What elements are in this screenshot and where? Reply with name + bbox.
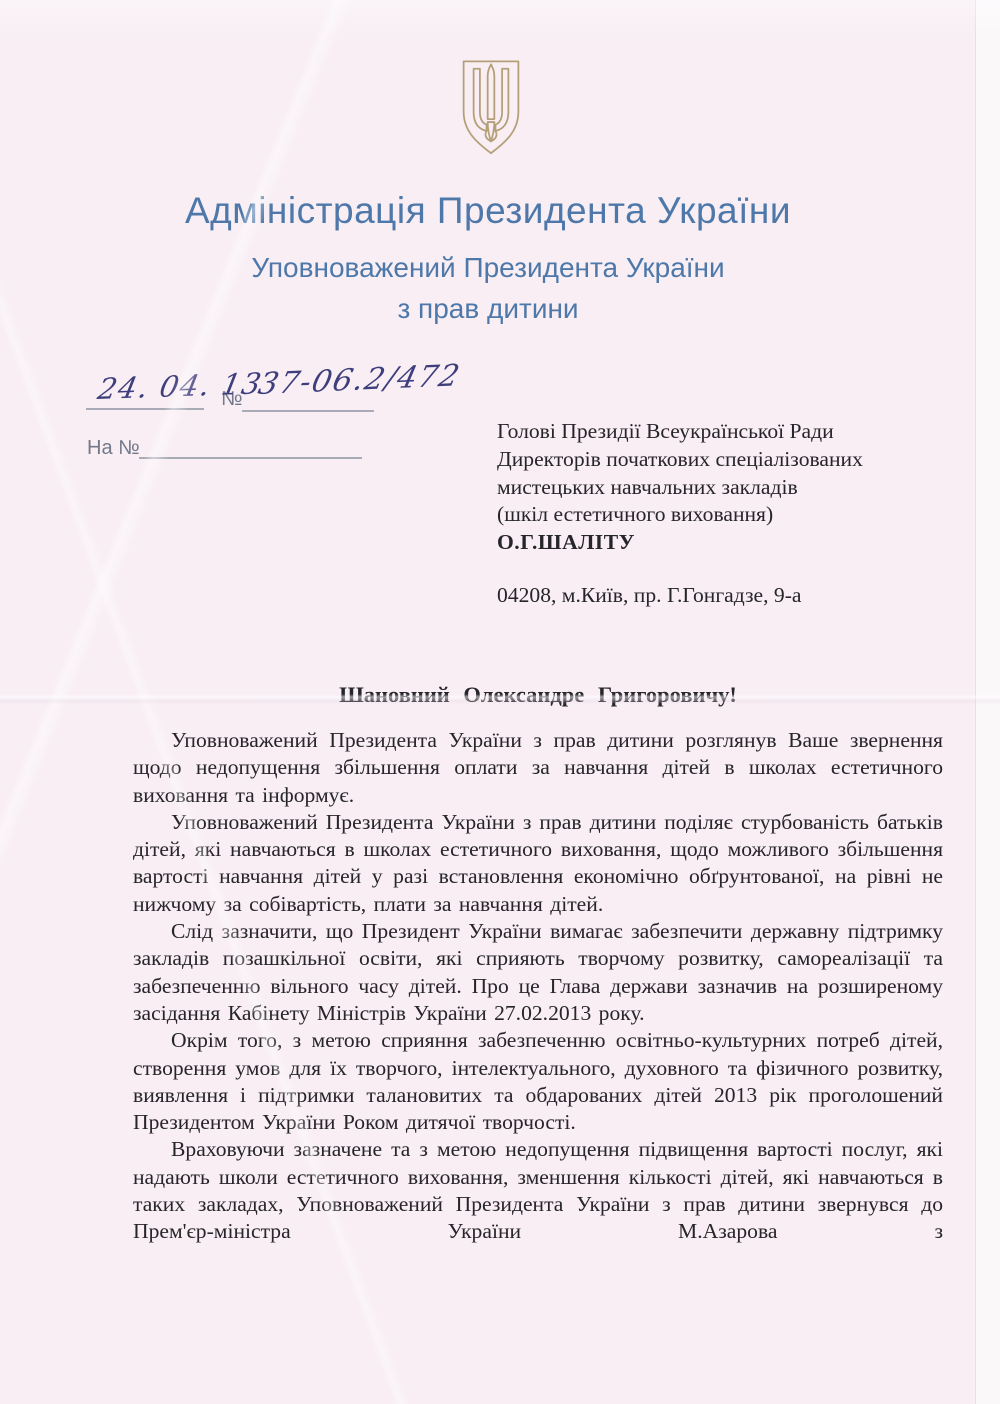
recipient-line: (шкіл естетичного виховання) (497, 501, 962, 529)
handwritten-date: 24. 04. 13 (95, 372, 258, 406)
reply-to-label: На № (87, 437, 140, 460)
recipient-line: Голові Президії Всеукраїнської Ради (497, 418, 962, 446)
org-subtitle-line1: Уповноважений Президента України (0, 252, 976, 284)
recipient-line: мистецьких навчальних закладів (497, 474, 962, 502)
salutation: Шановний Олександре Григоровичу! (133, 682, 943, 708)
letter-body: Уповноважений Президента України з прав … (133, 727, 943, 1246)
paragraph: Слід зазначити, що Президент України вим… (133, 918, 943, 1027)
paper-edge (975, 0, 1000, 1404)
org-subtitle-line2: з прав дитини (0, 293, 976, 325)
recipient-name: О.Г.ШАЛІТУ (497, 529, 962, 557)
paragraph: Уповноважений Президента України з прав … (133, 727, 943, 809)
ukraine-trident-icon (454, 56, 528, 160)
number-underline (242, 410, 374, 412)
paragraph: Уповноважений Президента України з прав … (133, 809, 943, 918)
recipient-line: Директорів початкових спеціалізованих (497, 446, 962, 474)
scanned-letter-page: Адміністрація Президента України Уповнов… (0, 0, 1000, 1404)
org-title: Адміністрація Президента України (0, 190, 976, 232)
recipient-address: 04208, м.Київ, пр. Г.Гонгадзе, 9-а (497, 582, 962, 610)
paragraph: Окрім того, з метою сприяння забезпеченн… (133, 1027, 943, 1136)
paragraph: Враховуючи зазначене та з метою недопуще… (133, 1136, 943, 1245)
recipient-block: Голові Президії Всеукраїнської Ради Дире… (497, 418, 962, 610)
handwritten-outgoing-number: 37-06.2/472 (255, 367, 454, 402)
reply-underline (139, 457, 362, 459)
date-underline (86, 408, 204, 410)
